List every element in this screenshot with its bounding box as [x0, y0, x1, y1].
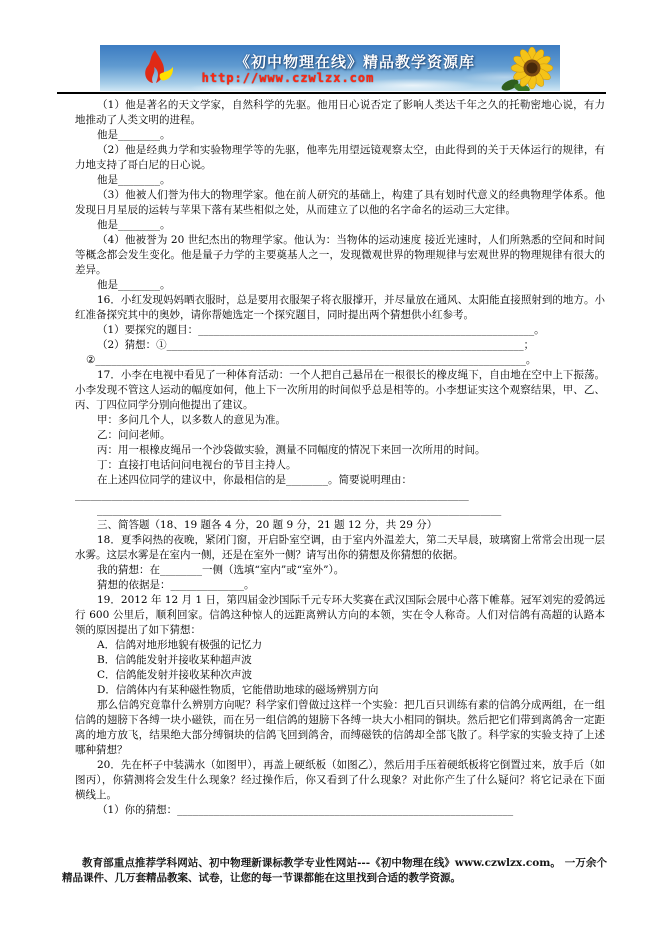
q19-experiment-text: 那么信鸽究竟靠什么辨别方向呢？科学家们曾做过这样一个实验：把几百只训练有素的信鸽…	[75, 698, 605, 758]
sunflower-icon	[498, 47, 556, 91]
q16-guess-1-blank: （2）猜想：①_________________________________…	[75, 338, 605, 353]
question-16-text: 16．小红发现妈妈晒衣服时，总是要用衣服架子将衣服撑开，并尽量放在通风、太阳能直…	[75, 293, 605, 323]
footer-promo-text: 教育部重点推荐学科网站、初中物理新课标教学专业性网站---《初中物理在线》www…	[62, 856, 607, 885]
q19-option-d: D．信鸽体内有某种磁性物质，它能借助地球的磁场辨别方向	[75, 683, 605, 698]
q19-option-b: B．信鸽能发射并接收某种超声波	[75, 653, 605, 668]
q19-option-a: A．信鸽对地形地貌有极强的记忆力	[75, 638, 605, 653]
header-divider	[57, 92, 606, 94]
q20-guess-blank: （1）你的猜想：________________________________…	[75, 803, 605, 818]
scientist-clue-3: （3）他被人们誉为伟大的物理学家。他在前人研究的基础上，构建了具有划时代意义的经…	[75, 188, 605, 218]
question-20-text: 20．先在杯子中装满水（如图甲），再盖上硬纸板（如图乙），然后用手压着硬纸板将它…	[75, 758, 605, 803]
q17-suggestion-jia: 甲：多问几个人，以多数人的意见为准。	[75, 413, 605, 428]
question-17-text: 17．小李在电视中看见了一种体育活动：一个人把自己悬吊在一根很长的橡皮绳下，自由…	[75, 368, 605, 413]
question-18-text: 18．夏季闷热的夜晚，紧闭门窗，开启卧室空调，由于室内外温差大，第二天早晨，玻璃…	[75, 533, 605, 563]
scientist-clue-2: （2）他是经典力学和实验物理学等的先驱，他率先用望远镜观察太空，由此得到的关于天…	[75, 143, 605, 173]
scientist-answer-blank-2: 他是________。	[75, 173, 605, 188]
q18-basis-line: 猜想的依据是：______________。	[75, 578, 605, 593]
q17-reason-blank-line-1: ________________________________________…	[75, 488, 605, 503]
site-title: 《初中物理在线》精品教学资源库	[125, 51, 560, 72]
q17-answer-line: 在上述四位同学的建议中，你最相信的是________。简要说明理由：	[75, 473, 605, 488]
exam-document-page: 《初中物理在线》精品教学资源库 http://www.czwlzx.com	[0, 0, 661, 936]
scientist-clue-1: （1）他是著名的天文学家，自然科学的先驱。他用日心说否定了影响人类达千年之久的托…	[75, 98, 605, 128]
q17-suggestion-bing: 丙：用一根橡皮绳吊一个沙袋做实验，测量不同幅度的情况下来回一次所用的时间。	[75, 443, 605, 458]
scientist-answer-blank-4: 他是________。	[75, 278, 605, 293]
q16-guess-2-blank: ②_______________________________________…	[75, 353, 605, 368]
question-19-text: 19．2012 年 12 月 1 日，第四届金沙国际千元专环大奖赛在武汉国际会展…	[75, 593, 605, 638]
header-banner: 《初中物理在线》精品教学资源库 http://www.czwlzx.com	[100, 45, 560, 91]
scientist-clue-4: （4）他被誉为 20 世纪杰出的物理学家。他认为：当物体的运动速度 接近光速时，…	[75, 233, 605, 278]
q17-suggestion-ding: 丁：直接打电话问问电视台的节目主持人。	[75, 458, 605, 473]
exam-body: （1）他是著名的天文学家，自然科学的先驱。他用日心说否定了影响人类达千年之久的托…	[75, 98, 605, 818]
q17-suggestion-yi: 乙：问问老师。	[75, 428, 605, 443]
q19-option-c: C．信鸽能发射并接收某种次声波	[75, 668, 605, 683]
q17-reason-blank-line-2: ________________________________________…	[75, 503, 605, 518]
scientist-answer-blank-1: 他是________。	[75, 128, 605, 143]
site-url: http://www.czwlzx.com	[100, 71, 518, 85]
section-3-heading: 三、简答题（18、19 题各 4 分，20 题 9 分，21 题 12 分，共 …	[75, 518, 605, 533]
q18-guess-line: 我的猜想：在________一侧（选填“室内”或“室外”）。	[75, 563, 605, 578]
scientist-answer-blank-3: 他是________。	[75, 218, 605, 233]
q16-topic-blank: （1）要探究的题目：______________________________…	[75, 323, 605, 338]
